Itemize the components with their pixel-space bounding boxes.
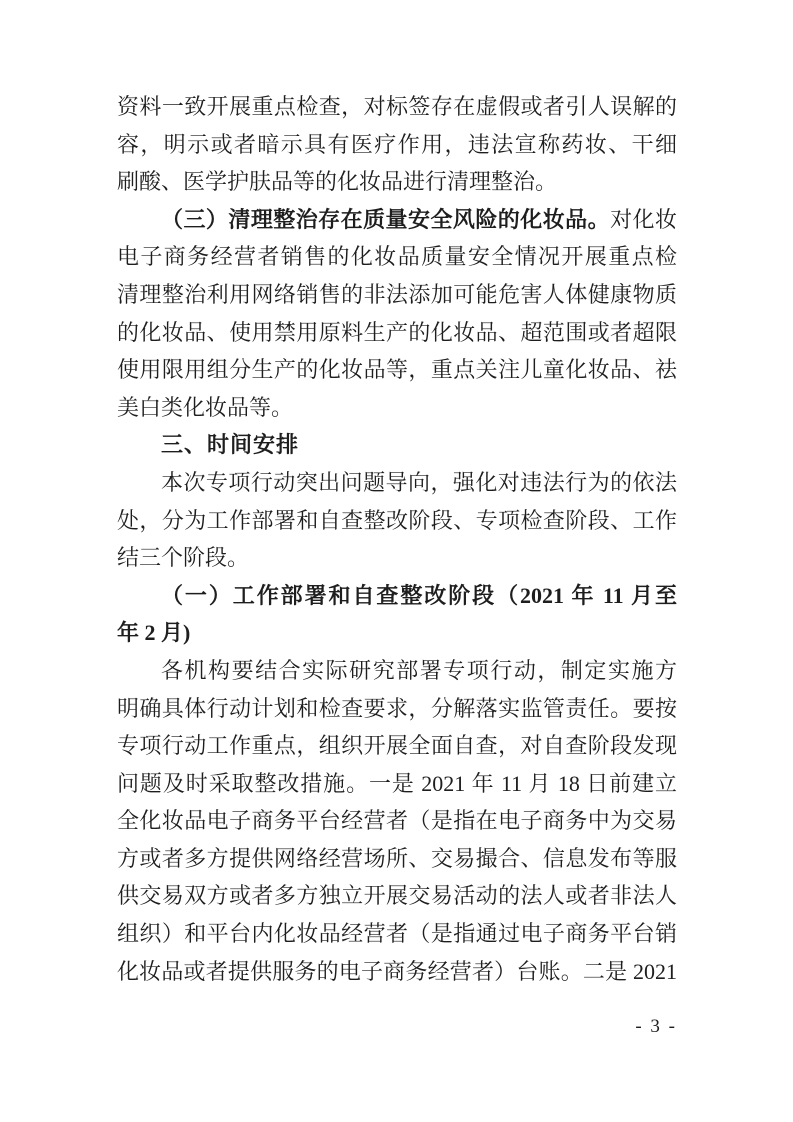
text-run-reg: 清理整治利用网络销售的非法添加可能危害人体健康物质 [117,282,677,307]
page-number: - 3 - [0,1016,677,1038]
text-run-reg: 明确具体行动计划和检查要求，分解落实监管责任。要按照 [117,696,677,728]
text-line: 问题及时采取整改措施。一是 2021 年 11 月 18 日前建立健 [117,765,677,803]
text-run-reg: 资料一致开展重点检查，对标签存在虚假或者引人误解的内 [117,94,677,126]
text-run-reg: 问题及时采取整改措施。一是 2021 年 11 月 18 日前建立健 [117,771,677,803]
text-run-reg: 电子商务经营者销售的化妆品质量安全情况开展重点检查， [117,244,677,276]
text-run-reg: 化妆品或者提供服务的电子商务经营者）台账。二是 2021 [117,959,677,984]
text-line: 各机构要结合实际研究部署专项行动，制定实施方案， [117,652,677,690]
heading-schedule: 三、时间安排 [117,426,677,464]
text-line: 的化妆品、使用禁用原料生产的化妆品、超范围或者超限量 [117,314,677,352]
para-schedule-overview: 本次专项行动突出问题导向，强化对违法行为的依法查处，分为工作部署和自查整改阶段、… [117,464,677,577]
text-line: 刷酸、医学护肤品等的化妆品进行清理整治。 [117,163,677,201]
text-line: 供交易双方或者多方独立开展交易活动的法人或者非法人 [117,877,677,915]
text-line: 年 2 月) [117,614,677,652]
text-run-kai: 年 2 月) [117,620,190,645]
text-run-reg: 供交易双方或者多方独立开展交易活动的法人或者非法人 [117,883,677,908]
text-run-reg: 组织）和平台内化妆品经营者（是指通过电子商务平台销售 [117,921,677,953]
text-line: 美白类化妆品等。 [117,389,677,427]
text-line: 方或者多方提供网络经营场所、交易撮合、信息发布等服务， [117,840,677,878]
text-run-reg: 专项行动工作重点，组织开展全面自查，对自查阶段发现的 [117,733,677,765]
text-line: 资料一致开展重点检查，对标签存在虚假或者引人误解的内 [117,88,677,126]
text-line: 明确具体行动计划和检查要求，分解落实监管责任。要按照 [117,690,677,728]
text-line: 三、时间安排 [117,426,677,464]
para-stage-1-detail: 各机构要结合实际研究部署专项行动，制定实施方案，明确具体行动计划和检查要求，分解… [117,652,677,990]
text-line: 本次专项行动突出问题导向，强化对违法行为的依法查 [117,464,677,502]
heading-stage-1: （一）工作部署和自查整改阶段（2021 年 11 月至 2022年 2 月) [117,577,677,652]
text-run-kai: （一）工作部署和自查整改阶段（2021 年 11 月至 2022 [117,583,677,615]
document-body: 资料一致开展重点检查，对标签存在虚假或者引人误解的内容，明示或者暗示具有医疗作用… [117,88,677,990]
text-run-reg: 方或者多方提供网络经营场所、交易撮合、信息发布等服务， [117,846,677,878]
text-line: 容，明示或者暗示具有医疗作用，违法宣称药妆、干细胞、 [117,126,677,164]
text-line: 组织）和平台内化妆品经营者（是指通过电子商务平台销售 [117,915,677,953]
para-section-3-quality-safety: （三）清理整治存在质量安全风险的化妆品。对化妆品电子商务经营者销售的化妆品质量安… [117,201,677,427]
text-run-reg: 美白类化妆品等。 [117,395,293,420]
text-run-reg: 全化妆品电子商务平台经营者（是指在电子商务中为交易双 [117,808,677,840]
text-line: 清理整治利用网络销售的非法添加可能危害人体健康物质 [117,276,677,314]
text-line: 结三个阶段。 [117,539,677,577]
text-line: 全化妆品电子商务平台经营者（是指在电子商务中为交易双 [117,802,677,840]
text-run-reg: 本次专项行动突出问题导向，强化对违法行为的依法查 [117,470,677,502]
text-line: 化妆品或者提供服务的电子商务经营者）台账。二是 2021 [117,953,677,991]
text-run-reg: 使用限用组分生产的化妆品等，重点关注儿童化妆品、祛斑 [117,357,677,389]
text-line: （一）工作部署和自查整改阶段（2021 年 11 月至 2022 [117,577,677,615]
text-line: （三）清理整治存在质量安全风险的化妆品。对化妆品 [117,201,677,239]
text-line: 电子商务经营者销售的化妆品质量安全情况开展重点检查， [117,238,677,276]
para-continuation-labels: 资料一致开展重点检查，对标签存在虚假或者引人误解的内容，明示或者暗示具有医疗作用… [117,88,677,201]
text-run-bold: （三）清理整治存在质量安全风险的化妆品。 [161,207,610,232]
text-run-reg: 结三个阶段。 [117,545,249,570]
text-line: 使用限用组分生产的化妆品等，重点关注儿童化妆品、祛斑 [117,351,677,389]
document-page: 资料一致开展重点检查，对标签存在虚假或者引人误解的内容，明示或者暗示具有医疗作用… [0,0,793,1122]
text-run-reg: 刷酸、医学护肤品等的化妆品进行清理整治。 [117,169,557,194]
text-line: 处，分为工作部署和自查整改阶段、专项检查阶段、工作总 [117,502,677,540]
text-line: 专项行动工作重点，组织开展全面自查，对自查阶段发现的 [117,727,677,765]
text-run-reg: 处，分为工作部署和自查整改阶段、专项检查阶段、工作总 [117,508,677,540]
text-run-reg: 的化妆品、使用禁用原料生产的化妆品、超范围或者超限量 [117,320,677,352]
text-run-reg: 容，明示或者暗示具有医疗作用，违法宣称药妆、干细胞、 [117,132,677,164]
text-run-reg: 各机构要结合实际研究部署专项行动，制定实施方案， [117,658,677,690]
text-run-hei: 三、时间安排 [161,432,299,457]
